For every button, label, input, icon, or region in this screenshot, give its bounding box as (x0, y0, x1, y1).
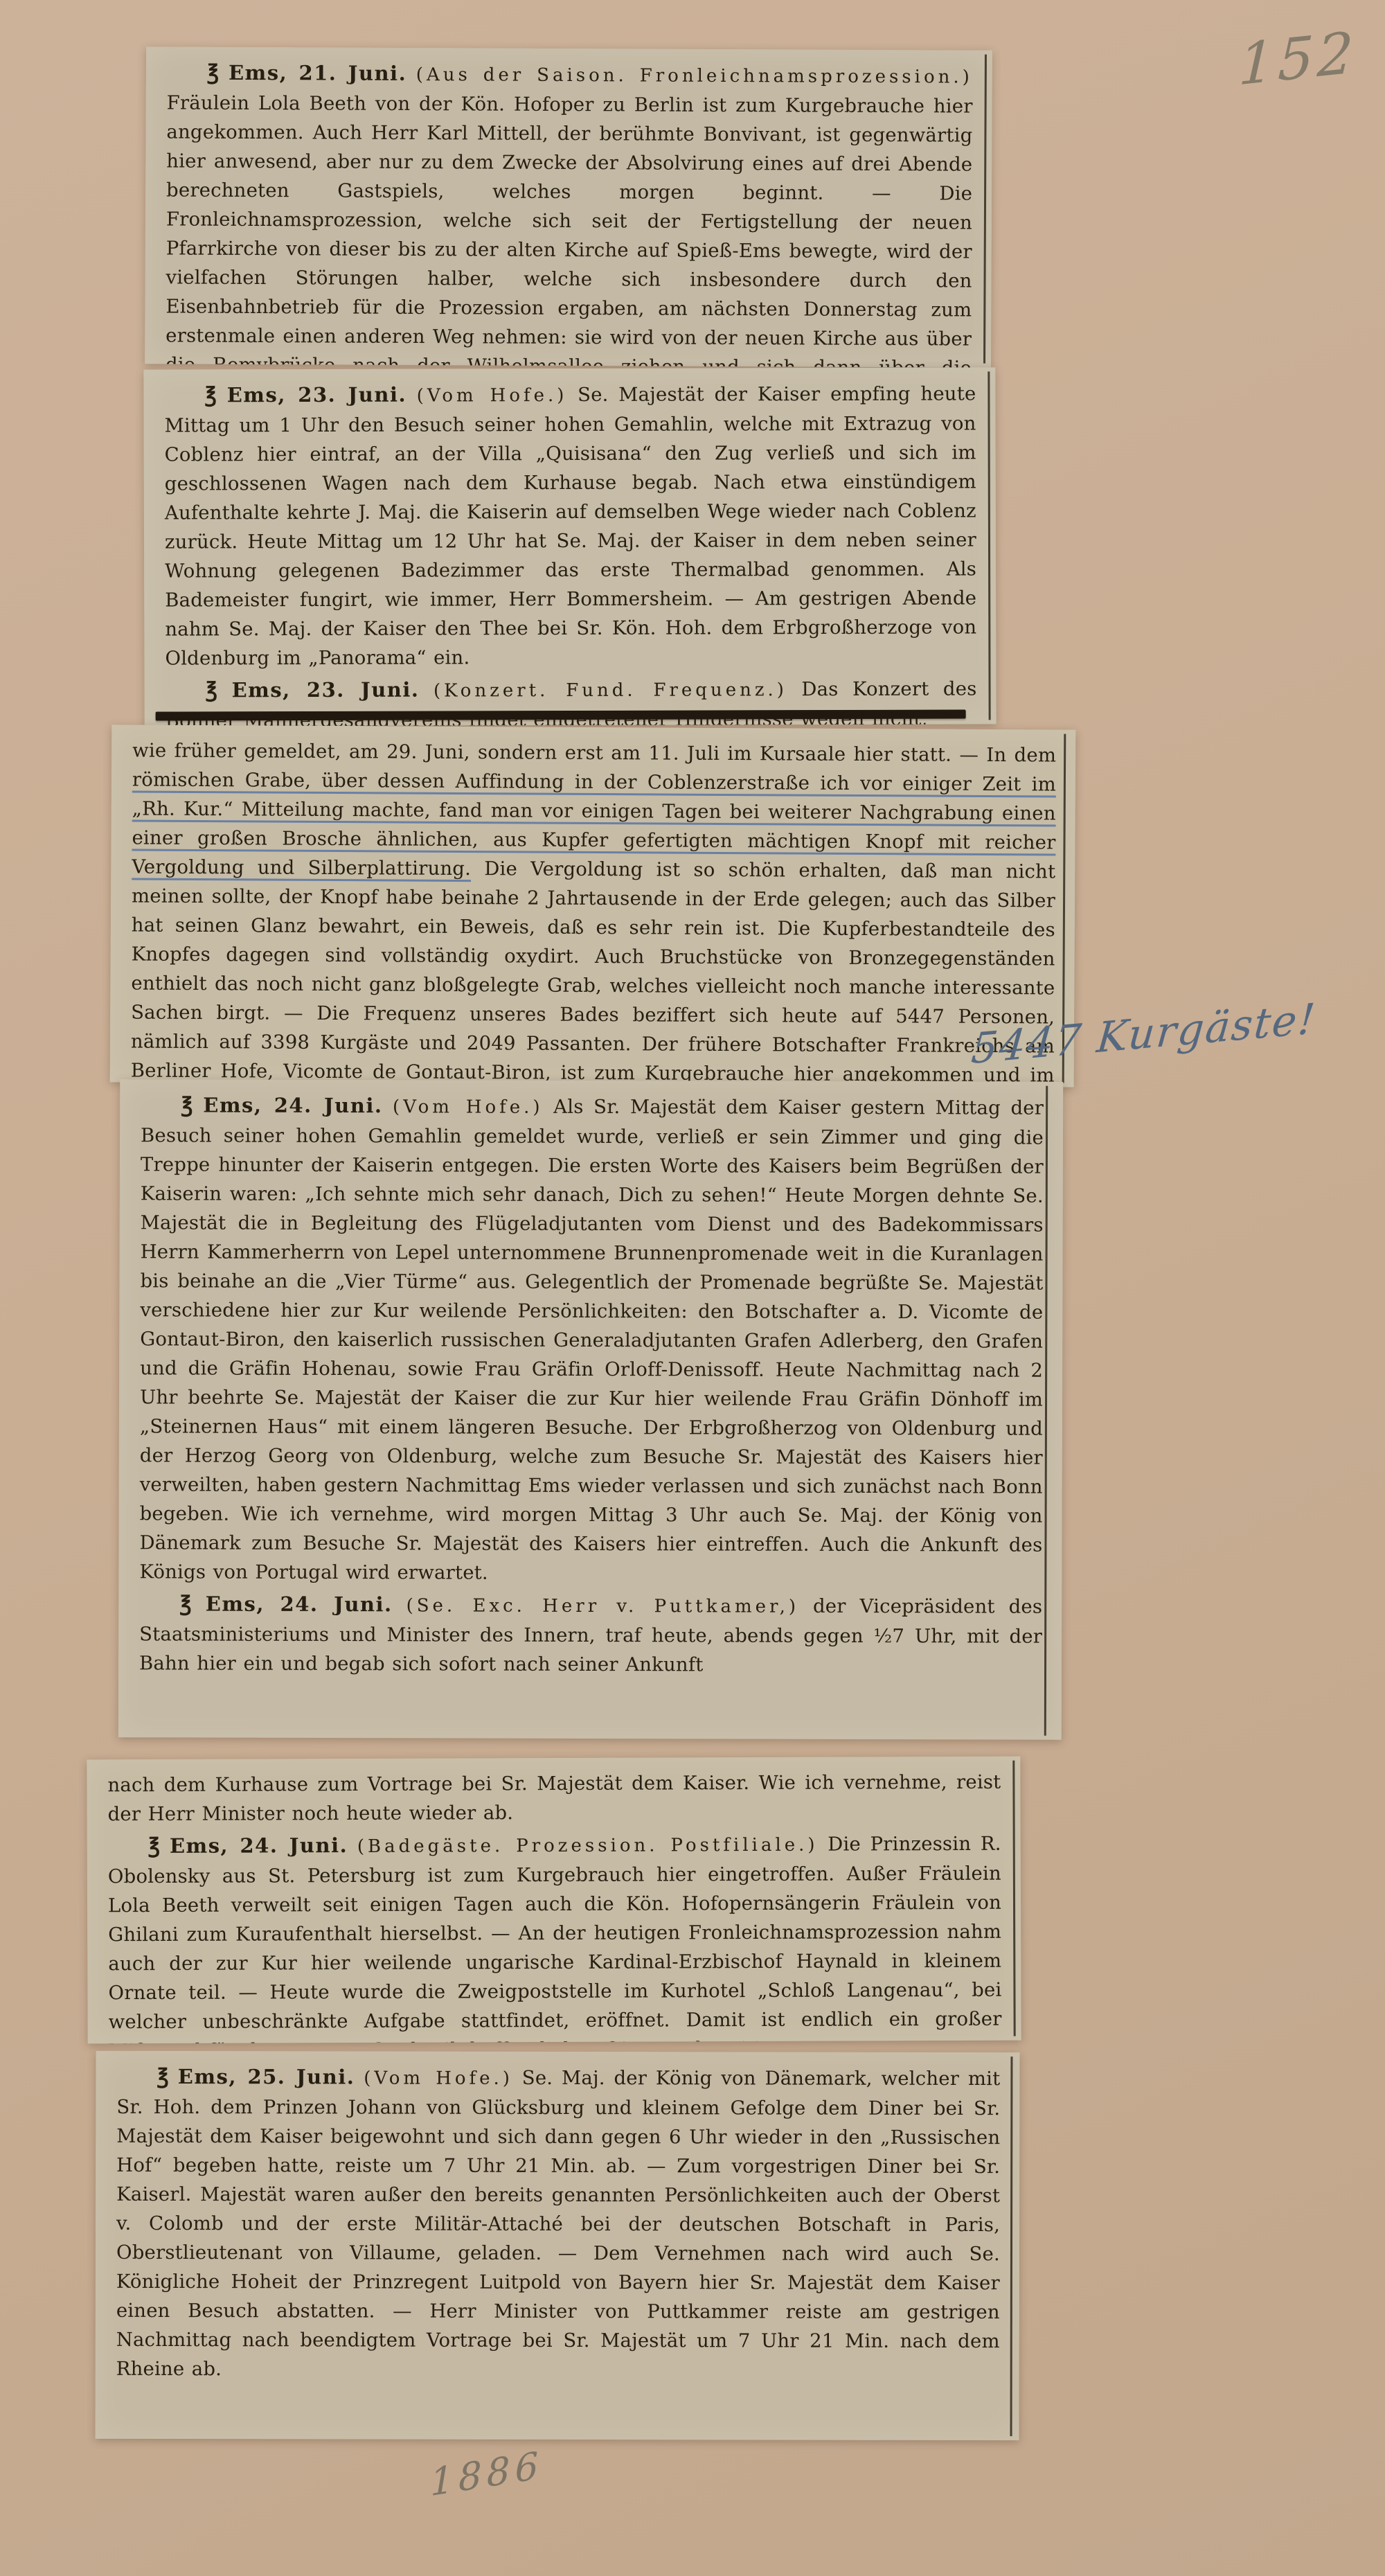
correspondent-mark: ℥ (179, 1592, 192, 1616)
clipping-konzert-fortsetzung: wie früher gemeldet, am 29. Juni, sonder… (110, 725, 1076, 1087)
article-dateline: Ems, 23. Juni. (231, 678, 419, 702)
article-body: Die Prinzessin R. Obolensky aus St. Pete… (108, 1833, 1002, 2044)
article-body: Fräulein Lola Beeth von der Kön. Hofoper… (166, 91, 973, 367)
article-topic: (Vom Hofe.) (364, 2068, 513, 2089)
column-rule (1012, 1761, 1015, 2036)
article-24-juni-hof: ℥ Ems, 24. Juni. (Vom Hofe.) Als Sr. Maj… (139, 1090, 1044, 1588)
correspondent-mark: ℥ (207, 61, 220, 85)
handwritten-year-note: 1886 (429, 2443, 544, 2505)
clipping-23-juni: ℥ Ems, 23. Juni. (Vom Hofe.) Se. Majestä… (143, 367, 996, 726)
article-puttkamer-continuation: nach dem Kurhause zum Vortrage bei Sr. M… (107, 1768, 1001, 1829)
handwritten-page-number: 152 (1237, 20, 1358, 99)
article-23-juni-hof: ℥ Ems, 23. Juni. (Vom Hofe.) Se. Majestä… (164, 378, 976, 673)
article-body: wie früher gemeldet, am 29. Juni, sonder… (132, 740, 1056, 767)
column-rule (983, 55, 987, 364)
article-dateline: Ems, 24. Juni. (206, 1592, 393, 1617)
article-24-juni-puttkamer: ℥ Ems, 24. Juni. (Se. Exc. Herr v. Puttk… (139, 1589, 1042, 1680)
clipping-24-juni-badegaeste: nach dem Kurhause zum Vortrage bei Sr. M… (87, 1757, 1021, 2044)
article-topic: (Vom Hofe.) (393, 1096, 544, 1118)
article-dateline: Ems, 21. Juni. (229, 61, 406, 85)
article-topic: (Vom Hofe.) (417, 385, 568, 407)
clipping-25-juni: ℥ Ems, 25. Juni. (Vom Hofe.) Se. Maj. de… (96, 2051, 1020, 2440)
correspondent-mark: ℥ (205, 678, 217, 702)
article-topic: (Se. Exc. Herr v. Puttkamer,) (406, 1595, 799, 1617)
correspondent-mark: ℥ (157, 2065, 169, 2089)
column-rule (1010, 2057, 1013, 2436)
clipping-24-juni-hof: ℥ Ems, 24. Juni. (Vom Hofe.) Als Sr. Maj… (118, 1079, 1063, 1740)
article-dateline: Ems, 23. Juni. (227, 383, 406, 407)
correspondent-mark: ℥ (181, 1093, 193, 1117)
article-dateline: Ems, 24. Juni. (170, 1833, 348, 1858)
correspondent-mark: ℥ (148, 1834, 161, 1858)
scanned-scrapbook-page: 152 ℥ Ems, 21. Juni. (Aus der Saison. Fr… (0, 0, 1385, 2576)
clipping-21-juni: ℥ Ems, 21. Juni. (Aus der Saison. Fronle… (145, 46, 992, 367)
article-body: Se. Maj. der König von Dänemark, welcher… (116, 2067, 1001, 2380)
article-topic: (Konzert. Fund. Frequenz.) (434, 679, 787, 701)
column-rule (1044, 1086, 1048, 1736)
article-body: Die Vergoldung ist so schön erhalten, da… (130, 858, 1055, 1087)
article-24-juni-badegaeste: ℥ Ems, 24. Juni. (Badegäste. Prozession.… (108, 1829, 1002, 2044)
article-body: Als Sr. Majestät dem Kaiser gestern Mitt… (139, 1096, 1044, 1584)
article-dateline: Ems, 25. Juni. (178, 2065, 355, 2088)
article-25-juni-hof: ℥ Ems, 25. Juni. (Vom Hofe.) Se. Maj. de… (116, 2062, 1001, 2385)
article-dateline: Ems, 24. Juni. (203, 1094, 382, 1118)
correspondent-mark: ℥ (204, 383, 217, 407)
column-rule (988, 371, 990, 720)
article-21-juni: ℥ Ems, 21. Juni. (Aus der Saison. Fronle… (166, 57, 973, 367)
article-konzert-continuation: wie früher gemeldet, am 29. Juni, sonder… (130, 736, 1056, 1087)
article-body: Se. Majestät der Kaiser empfing heute Mi… (164, 382, 976, 669)
article-topic: (Badegäste. Prozession. Postfiliale.) (357, 1835, 819, 1857)
article-topic: (Aus der Saison. Fronleichnamsprozession… (416, 64, 973, 88)
